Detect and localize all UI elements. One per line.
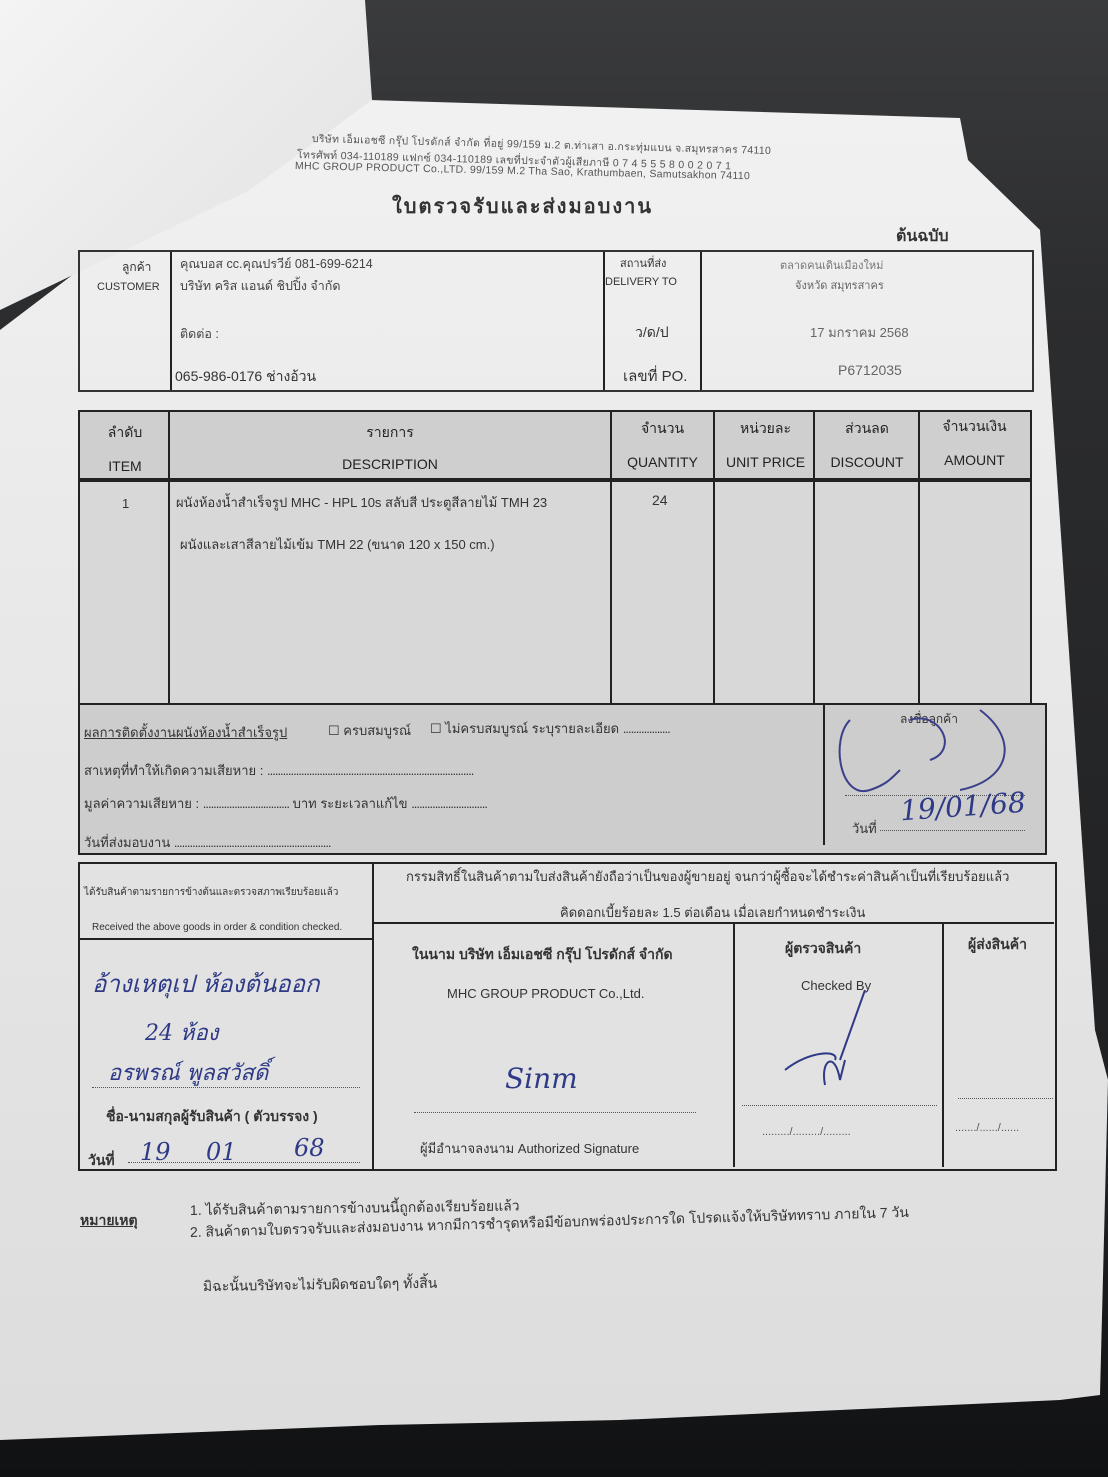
customer-line2: บริษัท คริส แอนด์ ชิปปิ้ง จำกัด <box>180 276 340 296</box>
col-quantity-en: QUANTITY <box>615 454 710 470</box>
row-description-line2: ผนังและเสาสีลายไม้เข้ม TMH 22 (ขนาด 120 … <box>180 534 495 555</box>
handwritten-note-line1: อ้างเหตุเป ห้องต้นออก <box>92 964 320 1003</box>
contact-value: 065-986-0176 ช่างอ้วน <box>175 366 316 388</box>
cause-label: สาเหตุที่ทำให้เกิดความเสียหาย : ........… <box>84 760 473 781</box>
receive-date-day: 19 <box>140 1138 171 1166</box>
damage-value-label: มูลค่าความเสียหาย : ....................… <box>84 793 487 814</box>
receive-date-year: 68 <box>294 1134 325 1162</box>
option-incomplete[interactable]: ☐ ไม่ครบสมบูรณ์ ระบุรายละเอียด .........… <box>430 718 670 739</box>
row-quantity: 24 <box>652 492 668 508</box>
date-label: ว/ด/ป <box>635 322 669 344</box>
delivery-label-th: สถานที่ส่ง <box>620 254 666 272</box>
row-item: 1 <box>122 496 129 511</box>
col-item-en: ITEM <box>100 458 150 474</box>
remark-item-2-line2: มิฉะนั้นบริษัทจะไม่รับผิดชอบใดๆ ทั้งสิ้น <box>203 1273 438 1298</box>
customer-line1: คุณบอส cc.คุณปรวีย์ 081-699-6214 <box>180 254 373 274</box>
col-amount-en: AMOUNT <box>922 452 1027 468</box>
option-complete[interactable]: ☐ ครบสมบูรณ์ <box>328 720 411 741</box>
install-result-label: ผลการติดตั้งงานผนังห้องน้ำสำเร็จรูป <box>84 722 287 743</box>
col-discount-th: ส่วนลด <box>818 418 916 440</box>
deliverer-th: ผู้ส่งสินค้า <box>968 934 1027 956</box>
customer-label-th: ลูกค้า <box>122 258 151 277</box>
on-behalf-en: MHC GROUP PRODUCT Co.,Ltd. <box>447 986 644 1001</box>
document-title: ใบตรวจรับและส่งมอบงาน <box>392 190 653 222</box>
deliverer-date-blank: ......./....../...... <box>955 1122 1019 1134</box>
row-description-line1: ผนังห้องน้ำสำเร็จรูป MHC - HPL 10s สลับส… <box>176 492 547 513</box>
on-behalf-th: ในนาม บริษัท เอ็มเอชซี กรุ๊ป โปรดักส์ จำ… <box>412 944 673 966</box>
received-en: Received the above goods in order & cond… <box>92 922 342 933</box>
contact-label: ติดต่อ : <box>180 324 219 344</box>
checker-date-blank: ........./........./......... <box>762 1126 851 1138</box>
handover-date-label: วันที่ส่งมอบงาน ........................… <box>84 832 331 853</box>
col-discount-en: DISCOUNT <box>818 454 916 470</box>
col-item-th: ลำดับ <box>100 422 150 444</box>
col-description-th: รายการ <box>340 422 440 444</box>
authorized-signature-label: ผู้มีอำนาจลงนาม Authorized Signature <box>420 1138 639 1159</box>
customer-label-en: CUSTOMER <box>97 281 160 293</box>
checker-signature <box>780 990 880 1100</box>
receiver-name-label: ชื่อ-นามสกุลผู้รับสินค้า ( ตัวบรรจง ) <box>106 1106 318 1128</box>
inspector-th: ผู้ตรวจสินค้า <box>785 938 861 960</box>
delivery-line2: จังหวัด สมุทรสาคร <box>795 276 884 294</box>
ownership-line1: กรรมสิทธิ์ในสินค้าตามใบส่งสินค้ายังถือว่… <box>406 866 1009 887</box>
delivery-label-en: DELIVERY TO <box>605 276 677 288</box>
po-value: P6712035 <box>838 362 902 378</box>
po-label: เลขที่ PO. <box>623 364 687 388</box>
company-signature: Sinm <box>505 1062 578 1095</box>
ownership-line2: คิดดอกเบี้ยร้อยละ 1.5 ต่อเดือน เมื่อเลยก… <box>560 902 865 923</box>
delivery-line1: ตลาดคนเดินเมืองใหม่ <box>780 256 883 274</box>
col-unit-price-en: UNIT PRICE <box>718 454 813 470</box>
date-value: 17 มกราคม 2568 <box>810 322 909 343</box>
receive-date-month: 01 <box>206 1138 237 1166</box>
col-unit-price-th: หน่วยละ <box>718 418 813 440</box>
copy-label: ต้นฉบับ <box>896 224 949 249</box>
receiver-handwritten-name: อรพรณ์ พูลสวัสดิ์ <box>108 1055 268 1090</box>
remarks-label: หมายเหตุ <box>80 1210 138 1232</box>
receive-date-label: วันที่ <box>88 1150 115 1172</box>
col-amount-th: จำนวนเงิน <box>922 416 1027 438</box>
col-quantity-th: จำนวน <box>615 418 710 440</box>
handwritten-note-line2: 24 ห้อง <box>145 1015 218 1050</box>
received-th: ได้รับสินค้าตามรายการข้างต้นและตรวจสภาพเ… <box>84 885 338 900</box>
col-description-en: DESCRIPTION <box>330 456 450 472</box>
